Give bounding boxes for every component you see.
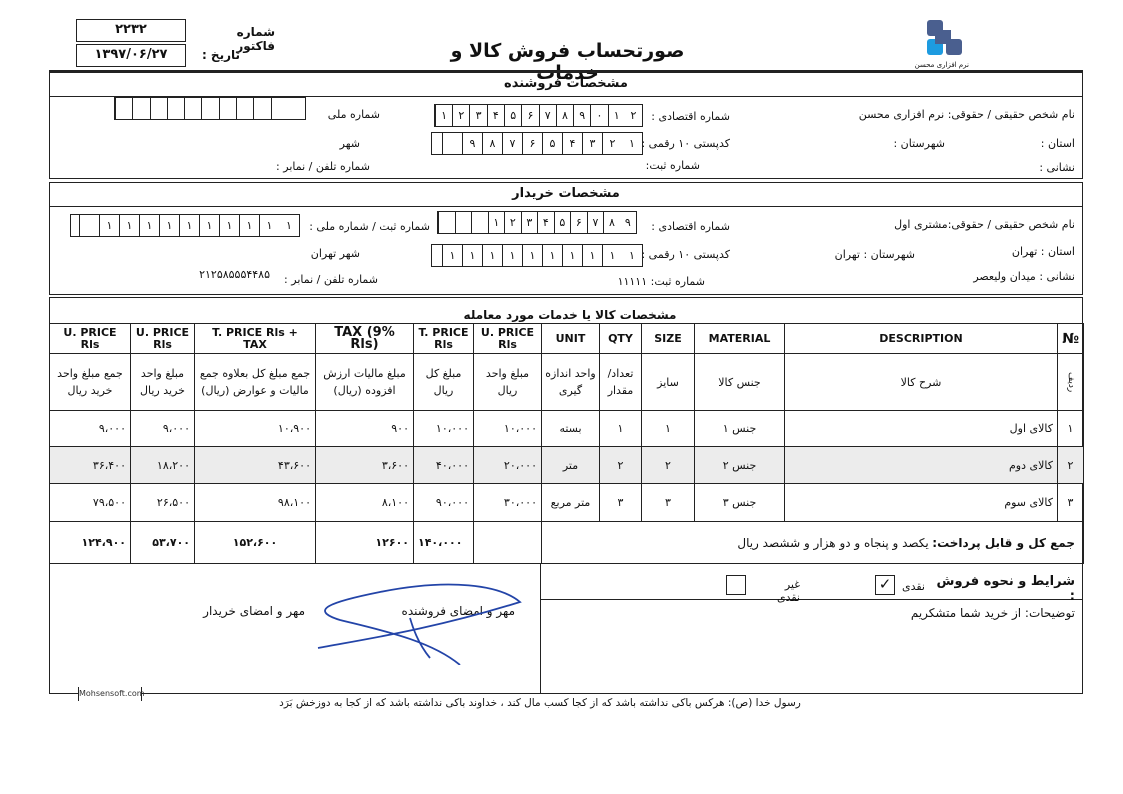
cell-description: کالای اول bbox=[785, 411, 1058, 447]
col-header-fa: جمع مبلغ کل بعلاوه جمع مالیات و عوارض (ر… bbox=[195, 354, 316, 411]
digit-cell: ۷ bbox=[502, 133, 522, 154]
table-row: ۹،۰۰۰ ۹،۰۰۰ ۱۰،۹۰۰ ۹۰۰ ۱۰،۰۰۰ ۱۰،۰۰۰ بست… bbox=[50, 411, 1084, 447]
col-header-en: T. PRICE Rls + TAX bbox=[195, 324, 316, 354]
digit-cell: ۱ bbox=[159, 215, 179, 236]
noncash-checkbox[interactable] bbox=[726, 575, 746, 595]
digit-cell: ۹ bbox=[620, 212, 636, 233]
cell-qty: ۲ bbox=[600, 447, 642, 484]
header-row-fa: جمع مبلغ واحد خرید ریال مبلغ واحد خرید ر… bbox=[50, 354, 1084, 411]
cell-material: جنس ۳ bbox=[695, 484, 785, 522]
digit-cell bbox=[201, 98, 218, 119]
col-header-en: QTY bbox=[600, 324, 642, 354]
digit-cell bbox=[253, 98, 270, 119]
digit-cell: ۱ bbox=[522, 245, 542, 266]
buyer-name-value: مشتری اول bbox=[894, 218, 948, 231]
buyer-economic-code-label: شماره اقتصادی : bbox=[648, 220, 730, 233]
table-row: ۳۶،۴۰۰ ۱۸،۲۰۰ ۴۳،۶۰۰ ۳،۶۰۰ ۴۰،۰۰۰ ۲۰،۰۰۰… bbox=[50, 447, 1084, 484]
cell-total-buy: ۳۶،۴۰۰ bbox=[50, 447, 131, 484]
buyer-province-row: استان : تهران bbox=[1005, 245, 1075, 258]
digit-cell: ۱ bbox=[622, 245, 642, 266]
cell-size: ۱ bbox=[642, 411, 695, 447]
grand-total-words: یکصد و پنجاه و دو هزار و ششصد ریال bbox=[737, 536, 928, 550]
cell-total-buy: ۷۹،۵۰۰ bbox=[50, 484, 131, 522]
seller-postal-code-field[interactable]: ۱۲۳۴۵۶۷۸۹ bbox=[431, 132, 643, 155]
cell-material: جنس ۱ bbox=[695, 411, 785, 447]
seller-name-label: نام شخص حقیقی / حقوقی: bbox=[948, 108, 1075, 121]
buyer-registration-row: شماره ثبت: ۱۱۱۱۱ bbox=[620, 275, 705, 288]
grand-total-cell: جمع کل و قابل پرداخت: یکصد و پنجاه و دو … bbox=[542, 522, 1084, 564]
cell-total-price: ۹۰،۰۰۰ bbox=[414, 484, 474, 522]
buyer-address-label: نشانی : bbox=[1039, 270, 1075, 283]
digit-cell: ۱ bbox=[179, 215, 199, 236]
cell-unit-buy: ۹،۰۰۰ bbox=[131, 411, 195, 447]
digit-cell bbox=[438, 212, 455, 233]
website-label: Mohsensoft.com bbox=[78, 687, 142, 701]
col-header-en: UNIT bbox=[542, 324, 600, 354]
seller-national-id-label: شماره ملی bbox=[330, 108, 380, 121]
seller-address-label: نشانی : bbox=[1040, 161, 1075, 174]
logo-text: نرم افزاری محسن bbox=[925, 61, 969, 69]
digit-cell bbox=[236, 98, 253, 119]
digit-cell bbox=[132, 98, 149, 119]
cell-total-with-tax: ۴۳،۶۰۰ bbox=[195, 447, 316, 484]
col-header-fa: مبلغ واحد ریال bbox=[474, 354, 542, 411]
buyer-city-label: شهر bbox=[340, 247, 360, 260]
total-tax: ۱۲۶۰۰ bbox=[316, 522, 414, 564]
grand-total-label: جمع کل و قابل پرداخت: bbox=[932, 536, 1075, 550]
buyer-signature-label: مهر و امضای خریدار bbox=[190, 604, 305, 618]
buyer-national-id-label: شماره ثبت / شماره ملی : bbox=[310, 220, 430, 233]
digit-cell: ۴ bbox=[562, 133, 582, 154]
col-header-en: U. PRICE Rls bbox=[50, 324, 131, 354]
seller-phone-label: شماره تلفن / نمابر : bbox=[275, 160, 370, 173]
header-row-en: U. PRICE Rls U. PRICE Rls T. PRICE Rls +… bbox=[50, 324, 1084, 354]
digit-cell: ۱ bbox=[608, 105, 625, 126]
buyer-name-label: نام شخص حقیقی / حقوقی: bbox=[948, 218, 1075, 231]
digit-cell: ۱ bbox=[442, 245, 462, 266]
buyer-economic-code-field[interactable]: ۹۸۷۶۵۴۳۲۱ bbox=[437, 211, 637, 234]
col-header-fa: مبلغ مالیات ارزش افزوده (ریال) bbox=[316, 354, 414, 411]
buyer-county-value: تهران bbox=[835, 248, 860, 261]
cell-total-with-tax: ۱۰،۹۰۰ bbox=[195, 411, 316, 447]
total-total-buy: ۱۲۴،۹۰۰ bbox=[50, 522, 131, 564]
cell-unit: بسته bbox=[542, 411, 600, 447]
cell-unit: متر bbox=[542, 447, 600, 484]
digit-cell: ۴ bbox=[537, 212, 554, 233]
total-with-tax: ۱۵۲،۶۰۰ bbox=[195, 522, 316, 564]
digit-cell: ۱ bbox=[502, 245, 522, 266]
digit-cell bbox=[150, 98, 167, 119]
col-header-en: SIZE bbox=[642, 324, 695, 354]
total-price: ۱۴۰،۰۰۰ bbox=[414, 522, 474, 564]
seller-county-label: شهرستان : bbox=[865, 137, 945, 150]
buyer-city-row: شهر تهران bbox=[300, 247, 360, 260]
col-header-fa: تعداد/ مقدار bbox=[600, 354, 642, 411]
cell-qty: ۳ bbox=[600, 484, 642, 522]
buyer-city-value: تهران bbox=[311, 247, 336, 260]
digit-cell: ۲ bbox=[504, 212, 521, 233]
digit-cell: ۱ bbox=[219, 215, 239, 236]
invoice-number-value: ۲۲۳۲ bbox=[76, 19, 186, 42]
buyer-address-row: نشانی : میدان ولیعصر bbox=[965, 270, 1075, 283]
digit-cell: ۱ bbox=[488, 212, 505, 233]
digit-cell: ۸ bbox=[482, 133, 502, 154]
digit-cell: ۱ bbox=[239, 215, 259, 236]
digit-cell: ۱ bbox=[482, 245, 502, 266]
seller-city-label: شهر bbox=[330, 137, 360, 150]
digit-cell: ۱ bbox=[582, 245, 602, 266]
digit-cell: ۷ bbox=[539, 105, 556, 126]
cell-total-buy: ۹،۰۰۰ bbox=[50, 411, 131, 447]
total-empty-cell bbox=[474, 522, 542, 564]
buyer-section-title: مشخصات خریدار bbox=[50, 183, 1082, 207]
logo-icon bbox=[925, 20, 969, 56]
digit-cell bbox=[167, 98, 184, 119]
seller-name-row: نام شخص حقیقی / حقوقی: نرم افزاری محسن bbox=[860, 108, 1075, 121]
cell-unit-buy: ۱۸،۲۰۰ bbox=[131, 447, 195, 484]
cell-description: کالای دوم bbox=[785, 447, 1058, 484]
buyer-registration-value: ۱۱۱۱۱ bbox=[618, 275, 648, 288]
digit-cell bbox=[471, 212, 488, 233]
cell-total-price: ۴۰،۰۰۰ bbox=[414, 447, 474, 484]
buyer-postal-code-field[interactable]: ۱۱۱۱۱۱۱۱۱۱ bbox=[431, 244, 643, 267]
cell-tax: ۸،۱۰۰ bbox=[316, 484, 414, 522]
digit-cell: ۶ bbox=[522, 133, 542, 154]
terms-label: شرایط و نحوه فروش : bbox=[930, 574, 1075, 604]
digit-cell bbox=[442, 133, 462, 154]
seller-section-title: مشخصات فروشنده bbox=[50, 73, 1082, 97]
col-header-fa: واحد اندازه گیری bbox=[542, 354, 600, 411]
col-header-en: T. PRICE Rls bbox=[414, 324, 474, 354]
cell-description: کالای سوم bbox=[785, 484, 1058, 522]
totals-row: ۱۲۴،۹۰۰ ۵۳،۷۰۰ ۱۵۲،۶۰۰ ۱۲۶۰۰ ۱۴۰،۰۰۰ جمع… bbox=[50, 522, 1084, 564]
col-header-fa: مبلغ واحد خرید ریال bbox=[131, 354, 195, 411]
digit-cell: ۱ bbox=[562, 245, 582, 266]
cell-total-with-tax: ۹۸،۱۰۰ bbox=[195, 484, 316, 522]
col-header-fa: سایز bbox=[642, 354, 695, 411]
footer-quote: رسول خدا (ص): هرکس باکی نداشته باشد که ا… bbox=[240, 697, 840, 709]
buyer-address-value: میدان ولیعصر bbox=[973, 270, 1036, 283]
seller-economic-code-label: شماره اقتصادی : bbox=[645, 110, 730, 123]
seller-province-label: استان : bbox=[1030, 137, 1075, 150]
seller-postal-code-label: کدپستی ۱۰ رقمی : bbox=[645, 137, 730, 150]
cell-row-number: ۱ bbox=[1058, 411, 1084, 447]
digit-cell bbox=[184, 98, 201, 119]
cell-total-price: ۱۰،۰۰۰ bbox=[414, 411, 474, 447]
digit-cell: ۲ bbox=[602, 133, 622, 154]
digit-cell: ۷ bbox=[587, 212, 604, 233]
digit-cell: ۶ bbox=[521, 105, 538, 126]
cell-tax: ۳،۶۰۰ bbox=[316, 447, 414, 484]
table-row: ۷۹،۵۰۰ ۲۶،۵۰۰ ۹۸،۱۰۰ ۸،۱۰۰ ۹۰،۰۰۰ ۳۰،۰۰۰… bbox=[50, 484, 1084, 522]
buyer-county-label: شهرستان : bbox=[863, 248, 915, 261]
digit-cell: ۱ bbox=[542, 245, 562, 266]
items-table: U. PRICE Rls U. PRICE Rls T. PRICE Rls +… bbox=[49, 323, 1084, 564]
cell-unit-price: ۳۰،۰۰۰ bbox=[474, 484, 542, 522]
digit-cell: ۶ bbox=[570, 212, 587, 233]
cell-row-number: ۳ bbox=[1058, 484, 1084, 522]
cash-label: نقدی bbox=[895, 580, 925, 593]
buyer-county-row: شهرستان : تهران bbox=[825, 248, 915, 261]
digit-cell: ۱ bbox=[435, 105, 452, 126]
digit-cell: ۱ bbox=[602, 245, 622, 266]
buyer-national-id-field[interactable]: ۱۱۱۱۱۱۱۱۱۱ bbox=[70, 214, 300, 237]
invoice-date-label: تاریخ : bbox=[200, 48, 240, 62]
cell-material: جنس ۲ bbox=[695, 447, 785, 484]
buyer-phone-value: ۲۱۲۵۸۵۵۵۴۴۸۵ bbox=[175, 268, 270, 281]
cell-qty: ۱ bbox=[600, 411, 642, 447]
digit-cell: ۹ bbox=[573, 105, 590, 126]
noncash-label: غیر نقدی bbox=[760, 578, 800, 604]
digit-cell: ۱ bbox=[279, 215, 299, 236]
items-section-title: مشخصات کالا یا خدمات مورد معامله bbox=[440, 308, 700, 322]
cell-unit: متر مربع bbox=[542, 484, 600, 522]
total-unit-buy: ۵۳،۷۰۰ bbox=[131, 522, 195, 564]
digit-cell: ۳ bbox=[582, 133, 602, 154]
digit-cell bbox=[288, 98, 305, 119]
digit-cell: ۸ bbox=[603, 212, 620, 233]
col-header-en: № bbox=[1058, 324, 1084, 354]
digit-cell: ۱ bbox=[622, 133, 642, 154]
digit-cell bbox=[271, 98, 288, 119]
buyer-province-label: استان : bbox=[1041, 245, 1075, 258]
cell-unit-price: ۱۰،۰۰۰ bbox=[474, 411, 542, 447]
seller-national-id-field[interactable] bbox=[114, 97, 306, 120]
digit-cell: ۴ bbox=[487, 105, 504, 126]
cell-tax: ۹۰۰ bbox=[316, 411, 414, 447]
buyer-registration-label: شماره ثبت: bbox=[651, 275, 705, 288]
col-header-fa: ردیف bbox=[1058, 354, 1084, 411]
seller-economic-code-field[interactable]: ۲۱۰۹۸۷۶۵۴۳۲۱ bbox=[434, 104, 643, 127]
cell-unit-buy: ۲۶،۵۰۰ bbox=[131, 484, 195, 522]
col-header-en: U. PRICE Rls bbox=[474, 324, 542, 354]
cash-checkbox[interactable]: ✓ bbox=[875, 575, 895, 595]
col-header-fa: جمع مبلغ واحد خرید ریال bbox=[50, 354, 131, 411]
buyer-province-value: تهران bbox=[1012, 245, 1037, 258]
cell-size: ۳ bbox=[642, 484, 695, 522]
col-header-fa: مبلغ کل ریال bbox=[414, 354, 474, 411]
col-header-en: U. PRICE Rls bbox=[131, 324, 195, 354]
seller-name-value: نرم افزاری محسن bbox=[859, 108, 944, 121]
cell-unit-price: ۲۰،۰۰۰ bbox=[474, 447, 542, 484]
col-header-en: TAX (9% Rls) bbox=[316, 324, 414, 354]
col-header-en: MATERIAL bbox=[695, 324, 785, 354]
cell-row-number: ۲ bbox=[1058, 447, 1084, 484]
cell-size: ۲ bbox=[642, 447, 695, 484]
notes-text: توضیحات: از خرید شما متشکریم bbox=[780, 606, 1075, 620]
seller-registration-label: شماره ثبت: bbox=[640, 159, 700, 172]
seller-signature-scribble bbox=[310, 580, 530, 665]
digit-cell: ۸ bbox=[556, 105, 573, 126]
digit-cell: ۱ bbox=[99, 215, 119, 236]
col-header-fa: شرح کالا bbox=[785, 354, 1058, 411]
digit-cell: ۳ bbox=[469, 105, 486, 126]
signature-divider bbox=[540, 564, 541, 694]
digit-cell: ۳ bbox=[521, 212, 538, 233]
digit-cell: ۵ bbox=[504, 105, 521, 126]
digit-cell: ۲ bbox=[452, 105, 469, 126]
buyer-name-row: نام شخص حقیقی / حقوقی:مشتری اول bbox=[870, 218, 1075, 231]
col-header-en: DESCRIPTION bbox=[785, 324, 1058, 354]
company-logo: نرم افزاری محسن bbox=[925, 20, 969, 68]
digit-cell: ۱ bbox=[139, 215, 159, 236]
buyer-phone-label: شماره تلفن / نمابر : bbox=[283, 273, 378, 286]
digit-cell bbox=[115, 98, 132, 119]
digit-cell: ۱ bbox=[462, 245, 482, 266]
digit-cell: ۱ bbox=[259, 215, 279, 236]
digit-cell: ۱ bbox=[119, 215, 139, 236]
digit-cell: ۹ bbox=[462, 133, 482, 154]
digit-cell: ۰ bbox=[590, 105, 607, 126]
invoice-date-value: ۱۳۹۷/۰۶/۲۷ bbox=[76, 44, 186, 67]
digit-cell: ۲ bbox=[625, 105, 642, 126]
digit-cell: ۵ bbox=[554, 212, 571, 233]
digit-cell bbox=[79, 215, 99, 236]
digit-cell: ۱ bbox=[199, 215, 219, 236]
col-header-fa: جنس کالا bbox=[695, 354, 785, 411]
digit-cell bbox=[455, 212, 472, 233]
digit-cell: ۵ bbox=[542, 133, 562, 154]
buyer-postal-code-label: کدپستی ۱۰ رقمی : bbox=[645, 248, 730, 261]
digit-cell bbox=[219, 98, 236, 119]
